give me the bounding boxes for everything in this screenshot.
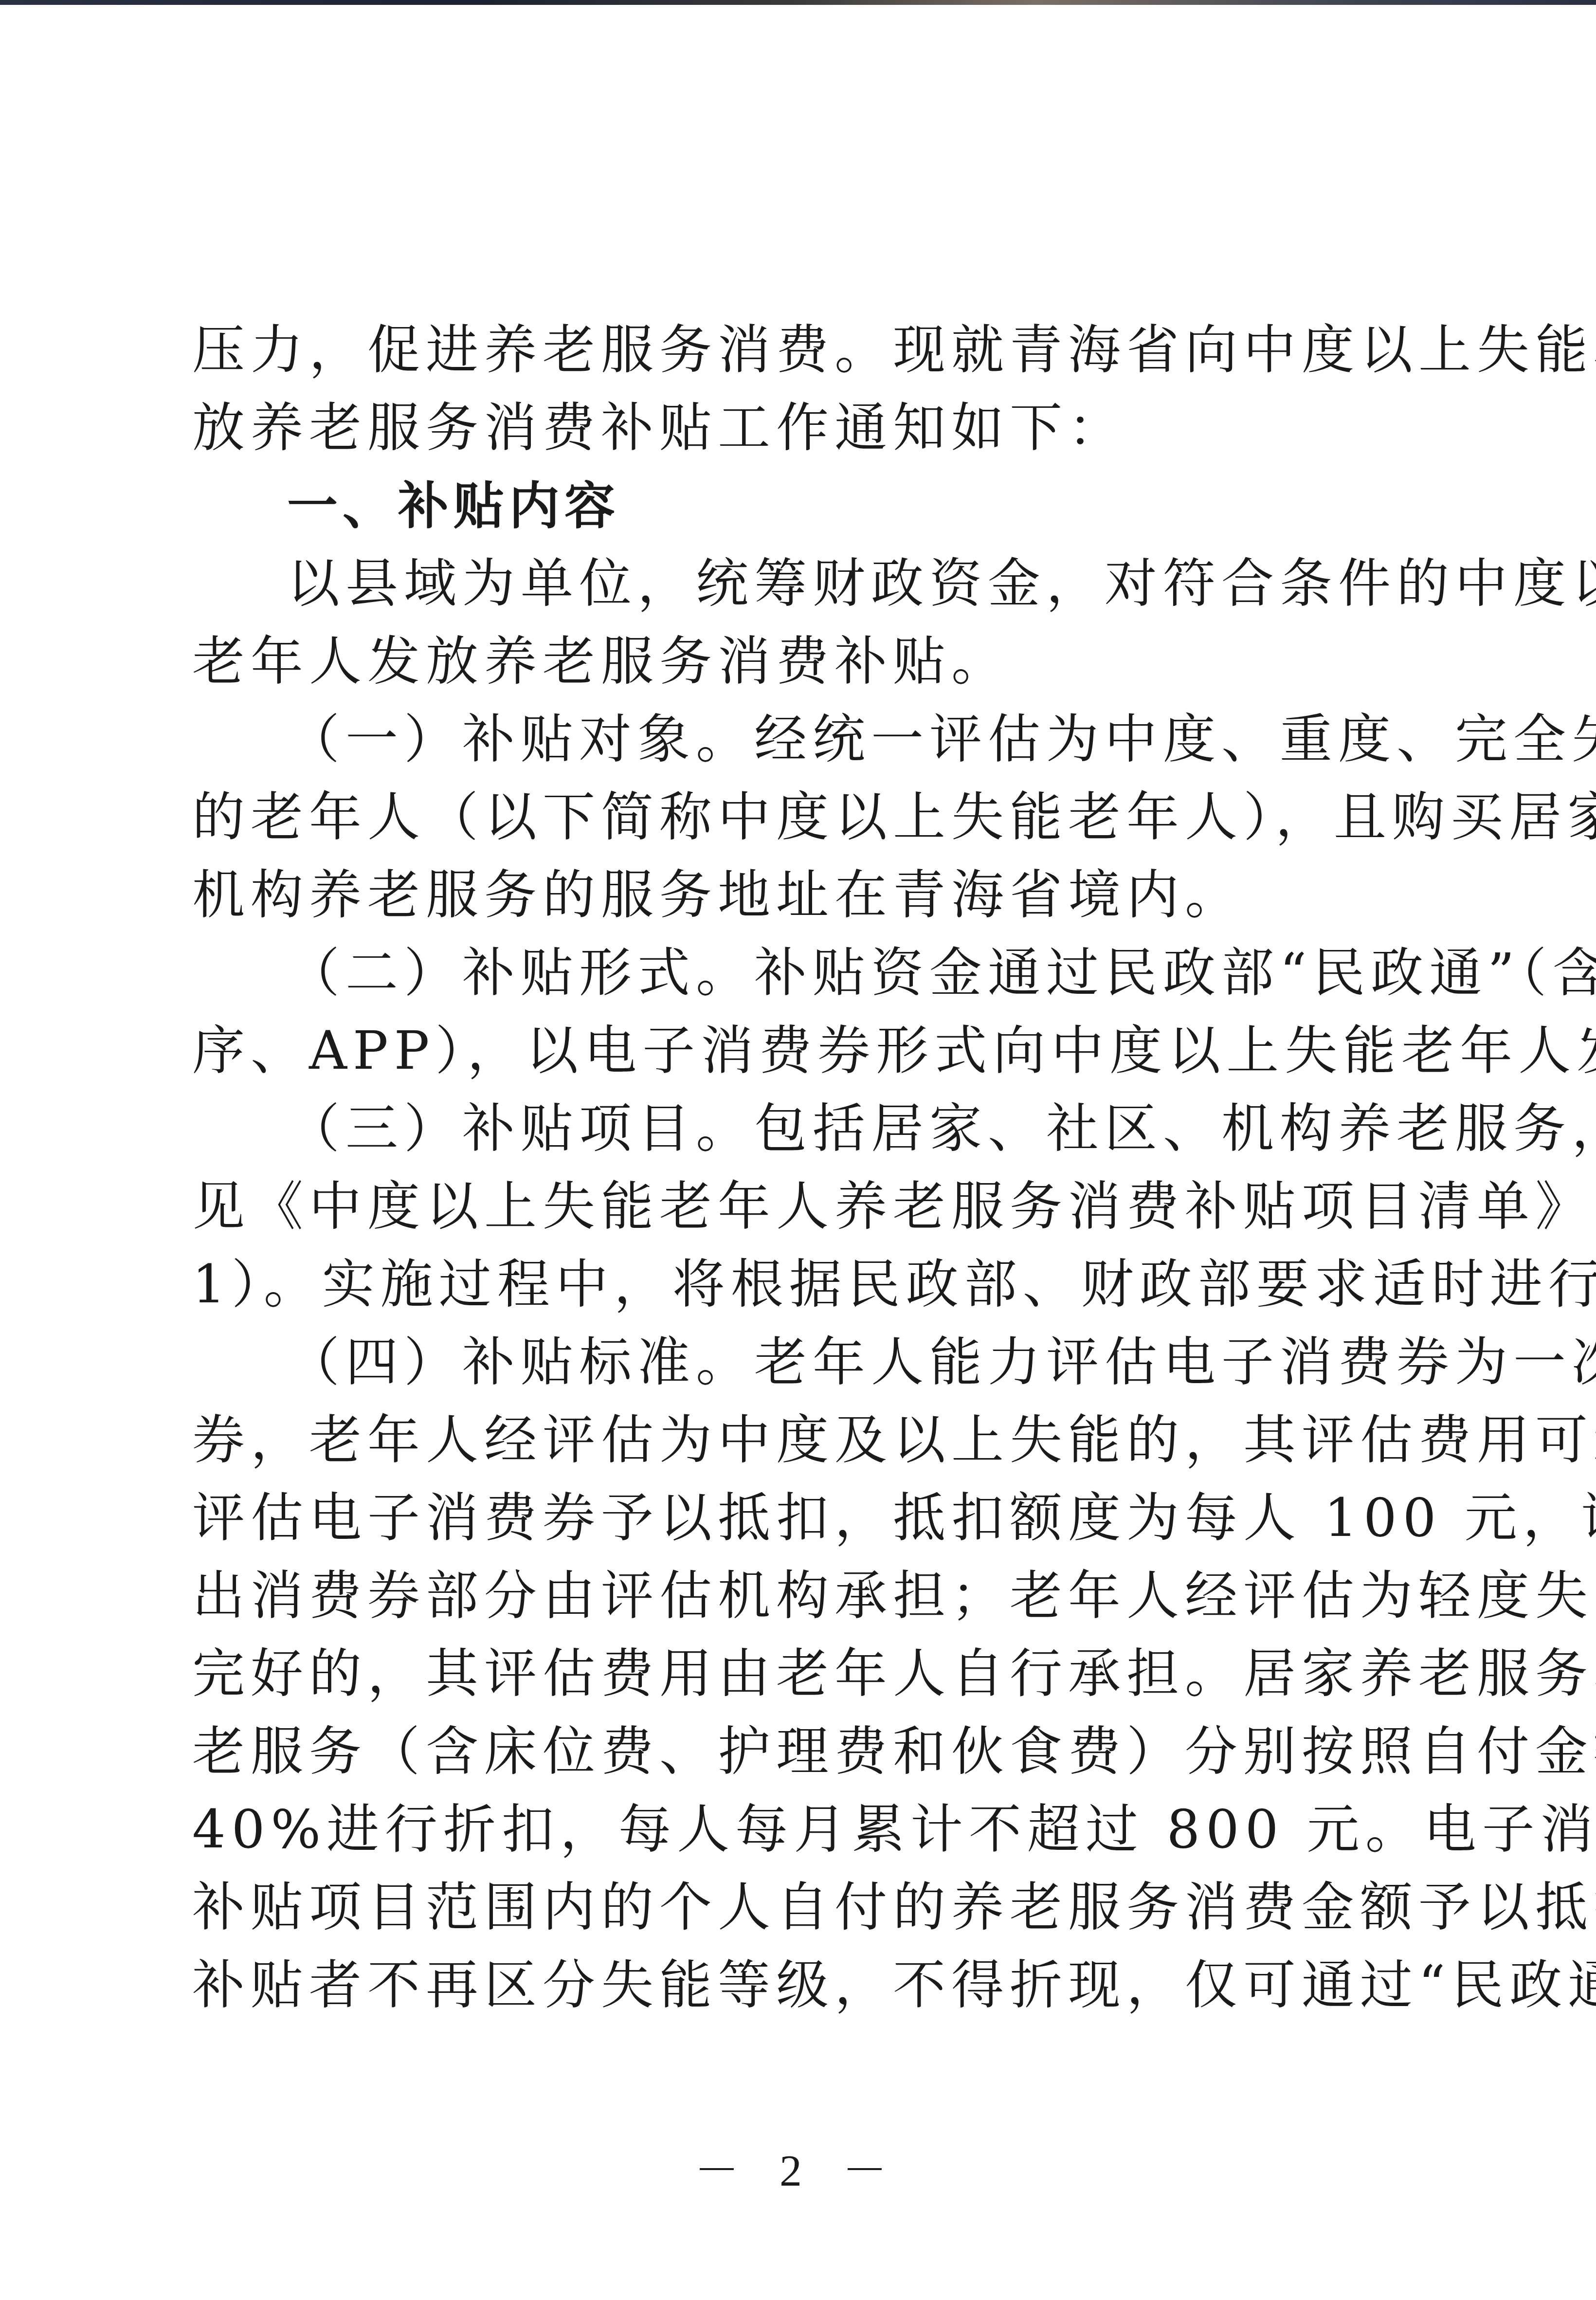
- paragraph-line-subsidy-standard: （四）补贴标准。老年人能力评估电子消费券为一次性消费: [287, 1324, 1389, 1402]
- paragraph-line: 老年人发放养老服务消费补贴。: [192, 623, 1389, 701]
- paragraph-line: 补贴者不再区分失能等级，不得折现，仅可通过“民政通”购买养: [192, 1947, 1389, 2025]
- paragraph-line: 放养老服务消费补贴工作通知如下：: [192, 389, 1389, 467]
- page-number: － 2 －: [0, 2141, 1596, 2200]
- paragraph-line: 评估电子消费券予以抵扣，抵扣额度为每人 100 元，评估费用超: [192, 1479, 1389, 1557]
- paragraph-line: 以县域为单位，统筹财政资金，对符合条件的中度以上失能: [287, 545, 1389, 623]
- section-heading: 一、补贴内容: [287, 467, 620, 545]
- paragraph-line-subsidy-target: （一）补贴对象。经统一评估为中度、重度、完全失能等级: [287, 701, 1389, 779]
- paragraph-line: 补贴项目范围内的个人自付的养老服务消费金额予以抵扣。享受: [192, 1869, 1389, 1947]
- paragraph-line: 压力，促进养老服务消费。现就青海省向中度以上失能老年人发: [192, 311, 1389, 389]
- paragraph-line: 券，老年人经评估为中度及以上失能的，其评估费用可通过能力: [192, 1402, 1389, 1479]
- paragraph-line: 1）。实施过程中，将根据民政部、财政部要求适时进行调整。: [192, 1246, 1389, 1324]
- paragraph-line: 完好的，其评估费用由老年人自行承担。居家养老服务、机构养: [192, 1635, 1389, 1713]
- paragraph-line: 老服务（含床位费、护理费和伙食费）分别按照自付金额的 50%、: [192, 1713, 1389, 1791]
- paragraph-line: 40%进行折扣，每人每月累计不超过 800 元。电子消费券可以对: [192, 1791, 1389, 1869]
- paragraph-line: 机构养老服务的服务地址在青海省境内。: [192, 857, 1389, 934]
- paragraph-line-subsidy-items: （三）补贴项目。包括居家、社区、机构养老服务，具体参: [287, 1090, 1389, 1168]
- paragraph-line-subsidy-form: （二）补贴形式。补贴资金通过民政部“民政通”（含小程: [287, 934, 1389, 1012]
- document-page: 压力，促进养老服务消费。现就青海省向中度以上失能老年人发 放养老服务消费补贴工作…: [0, 0, 1596, 2300]
- paragraph-line: 出消费券部分由评估机构承担；老年人经评估为轻度失能或能力: [192, 1557, 1389, 1635]
- paragraph-line: 序、APP），以电子消费券形式向中度以上失能老年人发放。: [192, 1012, 1389, 1090]
- paragraph-line: 见《中度以上失能老年人养老服务消费补贴项目清单》（见附件: [192, 1168, 1389, 1246]
- paragraph-line: 的老年人（以下简称中度以上失能老年人），且购买居家、社区、: [192, 779, 1389, 857]
